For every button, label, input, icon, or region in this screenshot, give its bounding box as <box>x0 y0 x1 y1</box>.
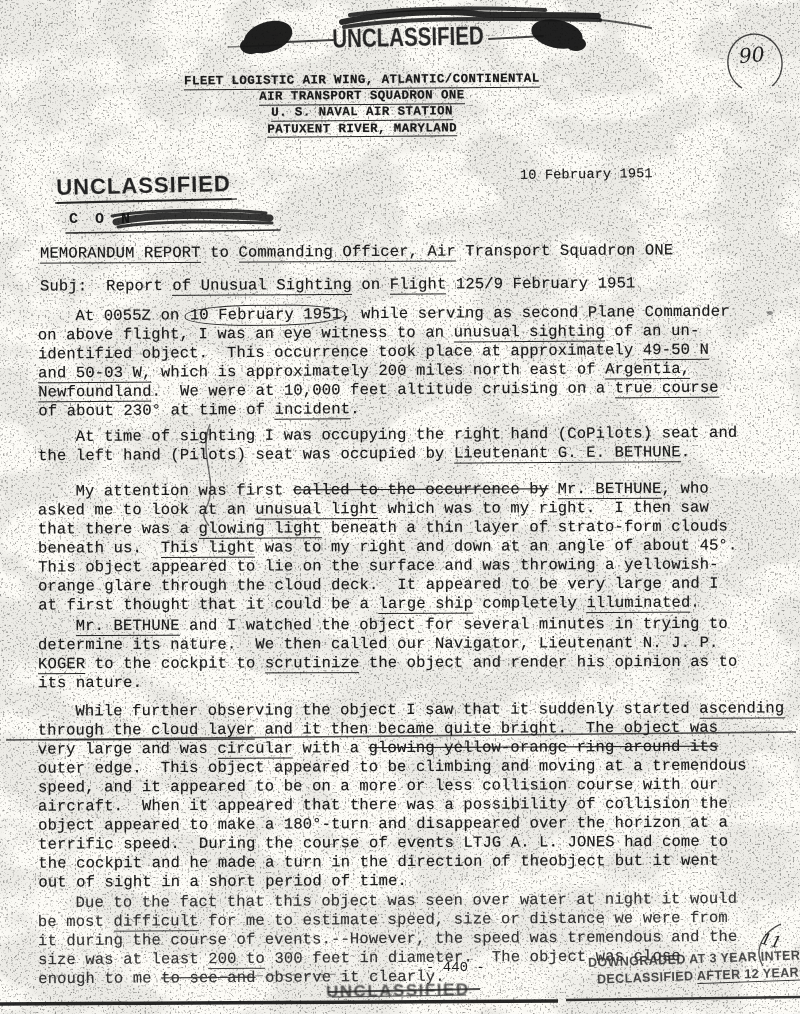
unclassified-stamp-top: UNCLASSIFIED <box>332 22 484 55</box>
ink-blob-left <box>240 15 297 59</box>
paragraph-4: Mr. BETHUNE and I watched the object for… <box>38 615 738 693</box>
paragraph-2: At time of sighting I was occupying the … <box>38 424 738 466</box>
handwritten-circled-number-top: 90 <box>738 42 765 68</box>
scanned-document-page: UNCLASSIFIED UNCLASSIFIED UNCLASSIFIED D… <box>0 0 800 1014</box>
letterhead: FLEET LOGISTIC AIR WING, ATLANTIC/CONTIN… <box>62 70 662 140</box>
unclassified-stamp-left: UNCLASSIFIED <box>56 171 231 204</box>
page-number: - 440 - <box>426 960 485 976</box>
paragraph-1: At 0055Z on 10 February 1951, while serv… <box>38 303 731 422</box>
memo-line: MEMORANDUM REPORT to Commanding Officer,… <box>40 241 673 263</box>
letterhead-line-1: FLEET LOGISTIC AIR WING, ATLANTIC/CONTIN… <box>184 72 540 90</box>
letterhead-row: PATUXENT RIVER, MARYLAND <box>62 118 662 139</box>
letterhead-line-3: U. S. NAVAL AIR STATION <box>271 105 453 122</box>
stray-ink-speck <box>767 311 773 315</box>
letterhead-line-4: PATUXENT RIVER, MARYLAND <box>267 121 457 138</box>
ink-blob-right <box>529 15 586 53</box>
paragraph-3: My attention was first called to the occ… <box>38 479 738 615</box>
unclassified-stamp-bottom: UNCLASSIFIED <box>326 980 470 1003</box>
document-date: 10 February 1951 <box>520 167 653 184</box>
paragraph-5: While further observing the object I saw… <box>38 699 786 892</box>
redacted-classification-text: C O N <box>69 211 134 228</box>
subject-line: Subj: Report of Unusual Sighting on Flig… <box>40 274 636 296</box>
